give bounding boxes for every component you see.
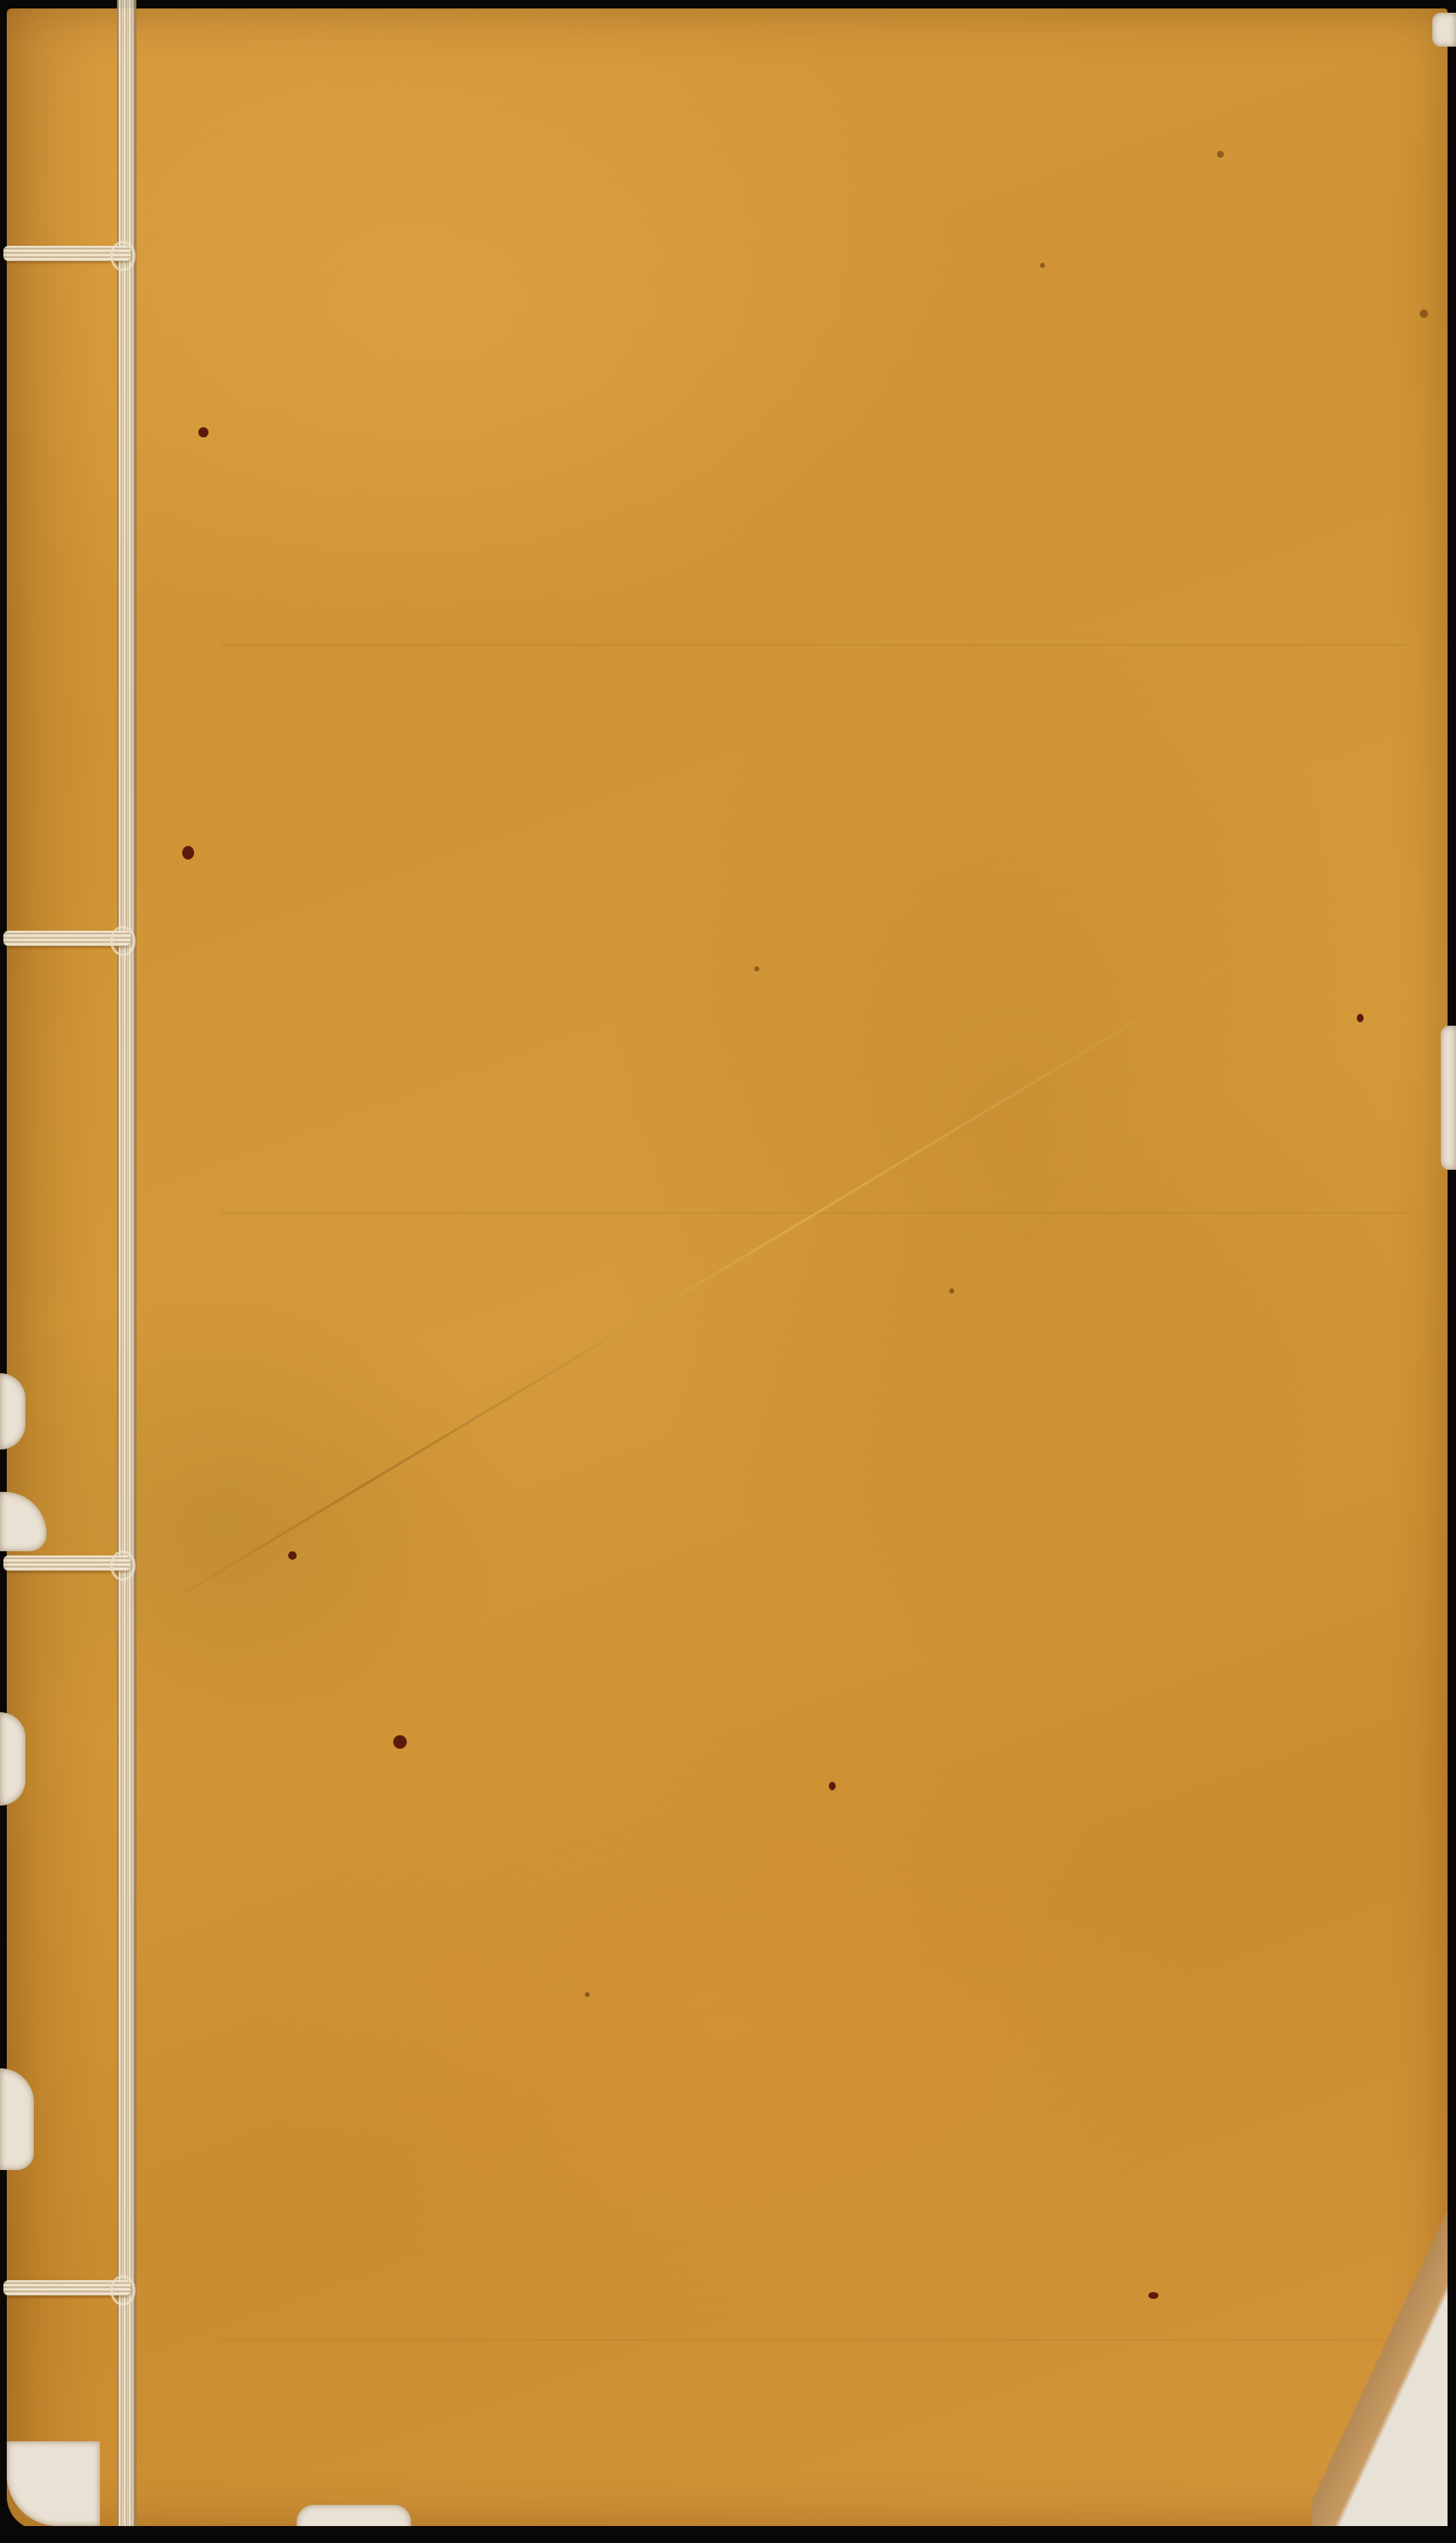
- paper-fleck: [949, 1288, 954, 1294]
- book-cover: [7, 8, 1448, 2530]
- binding-stitch: [3, 931, 131, 946]
- book-photo: [0, 0, 1456, 2543]
- stain-spot: [1357, 1014, 1364, 1022]
- stain-spot: [198, 427, 208, 437]
- paper-fleck: [1040, 263, 1045, 268]
- paper-fleck: [585, 1992, 590, 1997]
- stain-spot: [182, 846, 194, 860]
- stain-spot: [393, 1735, 407, 1749]
- right-edge-tab: [1441, 1026, 1456, 1170]
- binding-stitch: [3, 2280, 131, 2295]
- stain-spot: [1148, 2292, 1159, 2299]
- faint-horizontal-mark: [220, 2340, 1407, 2341]
- stain-spot: [829, 1782, 836, 1790]
- paper-fleck: [1217, 151, 1224, 158]
- spine-tear: [0, 1712, 25, 1806]
- spine-tear: [0, 2068, 34, 2170]
- bottom-right-corner-fold: [1312, 2195, 1448, 2535]
- faint-horizontal-mark: [220, 644, 1407, 646]
- paper-fleck: [754, 966, 759, 971]
- paper-fleck: [1420, 309, 1428, 318]
- stain-spot: [288, 1551, 297, 1560]
- binding-stitch: [3, 1555, 131, 1571]
- right-edge-tab: [1432, 13, 1456, 47]
- dark-background-edge: [0, 2526, 1456, 2543]
- binding-stitch: [3, 246, 131, 261]
- binding-thread-vertical: [117, 0, 136, 2535]
